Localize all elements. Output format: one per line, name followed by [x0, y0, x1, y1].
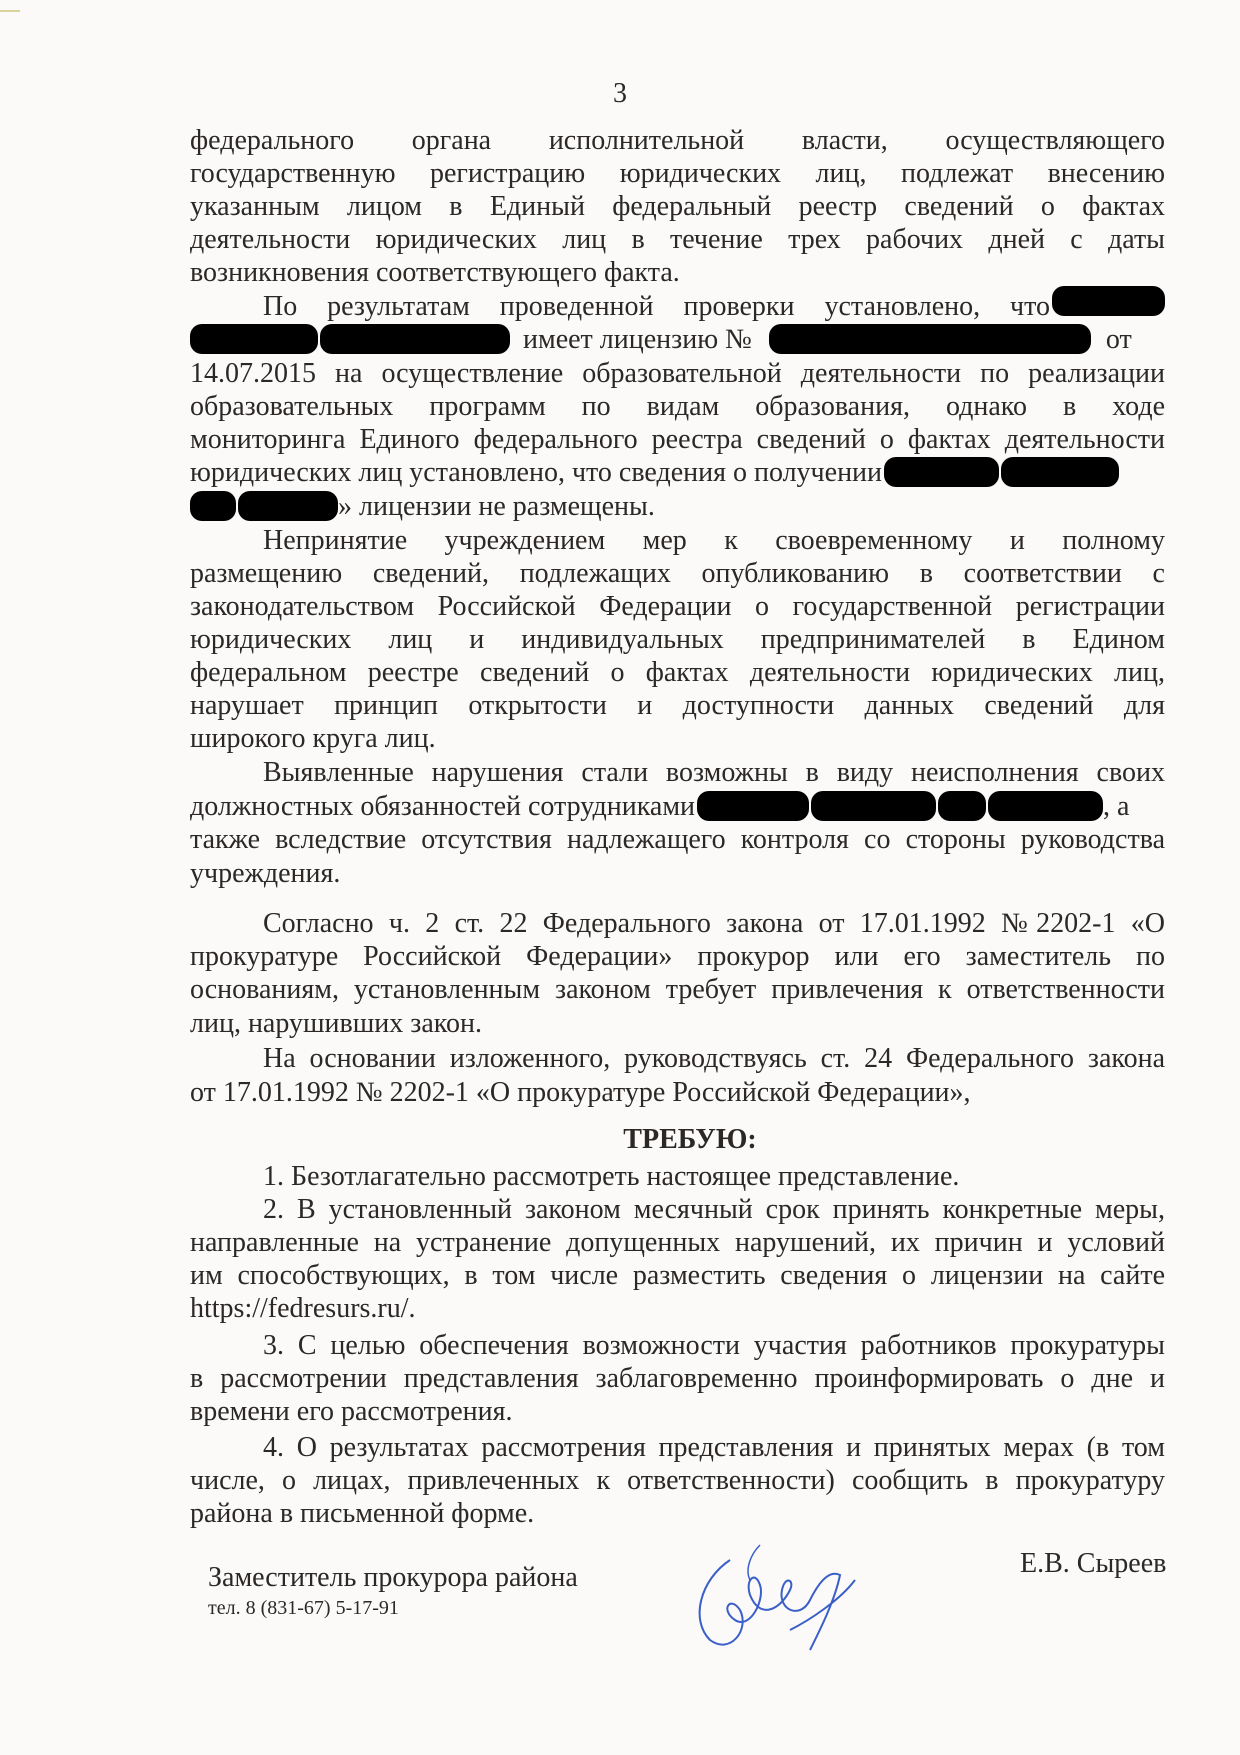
demand-item-line: направленные на устранение допущенных на…	[190, 1226, 1165, 1260]
text-line: широкого круга лиц.	[190, 722, 1165, 756]
demand-item-line: https://fedresurs.ru/.	[190, 1292, 1165, 1326]
text-line: возникновения соответствующего факта.	[190, 256, 1165, 290]
text-fragment: юридических лиц установлено, что сведени…	[190, 457, 882, 488]
text-fragment: должностных обязанностей сотрудниками	[190, 791, 695, 822]
text-fragment: » лицензии не размещены.	[338, 491, 655, 522]
demand-item: 3. С целью обеспечения возможности участ…	[190, 1329, 1165, 1363]
text-line: от 17.01.1992 № 2202-1 «О прокуратуре Ро…	[190, 1076, 1165, 1110]
redaction-block	[769, 324, 1091, 354]
demand-heading: ТРЕБУЮ:	[0, 1124, 1240, 1156]
demand-item: 2. В установленный законом месячный срок…	[190, 1193, 1165, 1227]
handwritten-signature-icon	[690, 1540, 890, 1660]
text-line: также вследствие отсутствия надлежащего …	[190, 823, 1165, 857]
text-line: Согласно ч. 2 ст. 22 Федерального закона…	[190, 907, 1165, 941]
text-line: федерального органа исполнительной власт…	[190, 124, 1165, 158]
redaction-block	[988, 791, 1103, 821]
redaction-block	[1001, 457, 1119, 487]
demand-item-line: числе, о лицах, привлеченных к ответстве…	[190, 1464, 1165, 1498]
demand-item-line: в рассмотрении представления заблаговрем…	[190, 1362, 1165, 1396]
text-line: деятельности юридических лиц в течение т…	[190, 223, 1165, 257]
text-line: » лицензии не размещены.	[190, 490, 1165, 524]
text-line: По результатам проведенной проверки уста…	[190, 290, 1050, 324]
text-line: 14.07.2015 на осуществление образователь…	[190, 357, 1165, 391]
text-line: юридических лиц установлено, что сведени…	[190, 456, 1165, 490]
text-line: имеет лицензию № от	[190, 323, 1165, 357]
redaction-block	[811, 791, 936, 821]
redaction-block	[938, 791, 986, 821]
page-number: 3	[0, 78, 1240, 110]
redaction-block	[190, 491, 236, 521]
text-line: Выявленные нарушения стали возможны в ви…	[190, 756, 1165, 790]
text-line: На основании изложенного, руководствуясь…	[190, 1042, 1165, 1076]
signatory-name: Е.В. Сыреев	[1020, 1548, 1166, 1580]
text-line: учреждения.	[190, 857, 1165, 891]
scan-edge-mark	[0, 10, 20, 12]
redaction-block	[697, 791, 809, 821]
signatory-title: Заместитель прокурора района	[208, 1562, 578, 1594]
text-line: юридических лиц и индивидуальных предпри…	[190, 623, 1165, 657]
demand-item: 4. О результатах рассмотрения представле…	[190, 1431, 1165, 1465]
text-fragment: от	[1106, 324, 1132, 355]
redaction-block	[238, 491, 338, 521]
text-fragment: имеет лицензию №	[523, 324, 752, 355]
demand-item-line: времени его рассмотрения.	[190, 1395, 1165, 1429]
text-line: Непринятие учреждением мер к своевременн…	[190, 524, 1165, 558]
signature-stroke	[700, 1560, 855, 1650]
demand-item: 1. Безотлагательно рассмотреть настоящее…	[190, 1160, 1165, 1194]
text-line: размещению сведений, подлежащих опублико…	[190, 557, 1165, 591]
text-line: лиц, нарушивших закон.	[190, 1007, 1165, 1041]
redaction-block	[320, 324, 510, 354]
text-line: должностных обязанностей сотрудниками, а	[190, 790, 1165, 824]
redaction-block	[190, 324, 318, 354]
demand-item-line: района в письменной форме.	[190, 1497, 1165, 1531]
redaction-block	[1052, 286, 1165, 316]
demand-item-line: им способствующих, в том числе разместит…	[190, 1259, 1165, 1293]
text-line: законодательством Российской Федерации о…	[190, 590, 1165, 624]
signatory-phone: тел. 8 (831-67) 5-17-91	[208, 1597, 399, 1620]
text-line: прокуратуре Российской Федерации» прокур…	[190, 940, 1165, 974]
text-line: нарушает принцип открытости и доступност…	[190, 689, 1165, 723]
text-line: основаниям, установленным законом требуе…	[190, 973, 1165, 1007]
text-line: мониторинга Единого федерального реестра…	[190, 423, 1165, 457]
text-line: федеральном реестре сведений о фактах де…	[190, 656, 1165, 690]
text-line: образовательных программ по видам образо…	[190, 390, 1165, 424]
text-line: указанным лицом в Единый федеральный рее…	[190, 190, 1165, 224]
text-line: государственную регистрацию юридических …	[190, 157, 1165, 191]
text-fragment: , а	[1103, 791, 1129, 822]
redaction-block	[884, 457, 999, 487]
